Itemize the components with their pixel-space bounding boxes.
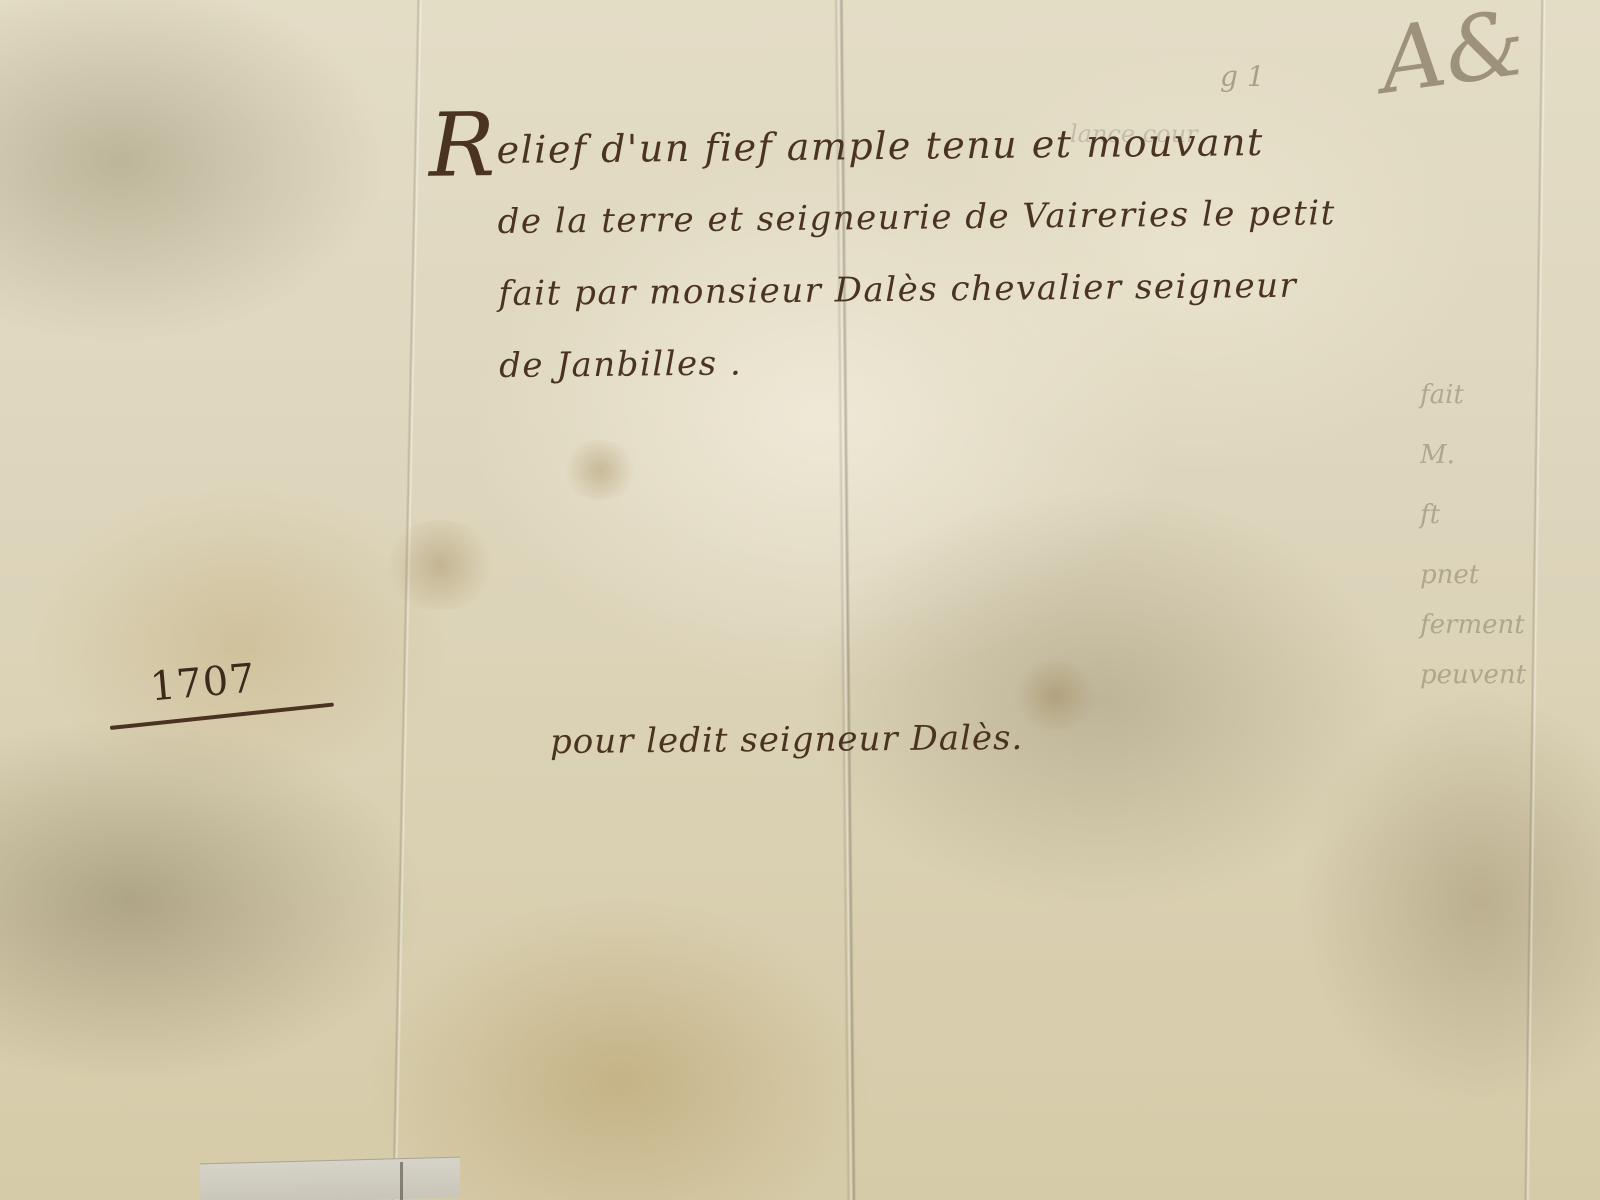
bleed-through-text: pnet (1420, 560, 1479, 590)
text-line-1: Relief d'un fief ample tenu et mouvant (429, 105, 1336, 186)
footer-note: pour ledit seigneur Dalès. (550, 718, 1024, 762)
bleed-through-text: ft (1420, 500, 1440, 530)
ink-stain (1010, 660, 1100, 730)
corner-monogram: A& (1373, 0, 1531, 115)
text-line-3: fait par monsieur Dalès chevalier seigne… (430, 249, 1337, 330)
corner-annotation: g 1 (1220, 60, 1265, 93)
bleed-through-text: M. (1420, 440, 1455, 470)
decorated-initial: R (428, 93, 497, 197)
bleed-through-text: fait (1420, 380, 1464, 410)
text-line-4: de Janbilles . (431, 321, 1338, 402)
year-annotation: 1707 (148, 655, 257, 710)
ink-stain (560, 440, 640, 500)
text-line-2: de la terre et seigneurie de Vaireries l… (429, 177, 1336, 258)
bleed-through-text: peuvent (1420, 660, 1526, 690)
main-handwritten-text: Relief d'un fief ample tenu et mouvant d… (429, 105, 1338, 402)
bleed-through-text: ferment (1420, 610, 1525, 640)
ink-stain (380, 520, 500, 610)
attached-paper-tab (200, 1157, 460, 1200)
tab-crease (400, 1162, 403, 1200)
text-line-1-body: elief d'un fief ample tenu et mouvant (496, 120, 1264, 172)
